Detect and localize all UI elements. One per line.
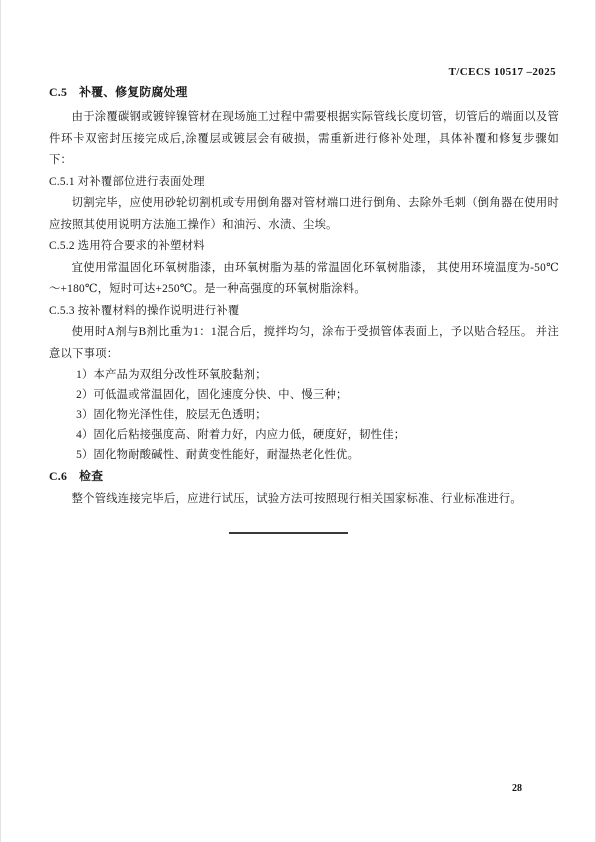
subsection-heading-c52: C.5.2 选用符合要求的补塑材料: [49, 236, 559, 258]
page-content: C.5 补覆、修复防腐处理 由于涂覆碳钢或镀锌镍管材在现场施工过程中需要根据实际…: [49, 85, 559, 511]
paragraph-c51-body: 切割完毕，应使用砂轮切割机或专用倒角器对管材端口进行倒角、去除外毛刺（倒角器在使…: [49, 193, 559, 236]
paragraph-c6-body: 整个管线连接完毕后，应进行试压，试验方法可按照现行相关国家标准、行业标准进行。: [49, 489, 559, 511]
subsection-heading-c51: C.5.1 对补覆部位进行表面处理: [49, 172, 559, 194]
list-item: 2）可低温或常温固化，固化速度分快、中、慢三种；: [76, 385, 559, 405]
list-item: 4）固化后粘接强度高、附着力好，内应力低，硬度好，韧性佳；: [76, 425, 559, 445]
list-item: 3）固化物光泽性佳，胶层无色透明；: [76, 405, 559, 425]
standard-code-header: T/CECS 10517 –2025: [449, 65, 556, 79]
paragraph-c5-intro: 由于涂覆碳钢或镀锌镍管材在现场施工过程中需要根据实际管线长度切管，切管后的端面以…: [49, 107, 559, 172]
subsection-heading-c53: C.5.3 按补覆材料的操作说明进行补覆: [49, 301, 559, 323]
paragraph-c52-body: 宜使用常温固化环氧树脂漆，由环氧树脂为基的常温固化环氧树脂漆， 其使用环境温度为…: [49, 258, 559, 301]
footnote-separator-line: [229, 532, 348, 534]
page-number: 28: [512, 783, 522, 795]
document-page: T/CECS 10517 –2025 C.5 补覆、修复防腐处理 由于涂覆碳钢或…: [0, 0, 596, 842]
list-item: 5）固化物耐酸碱性、耐黄变性能好，耐湿热老化性优。: [76, 445, 559, 465]
section-heading-c5: C.5 补覆、修复防腐处理: [49, 85, 559, 99]
list-item: 1）本产品为双组分改性环氧胶黏剂；: [76, 365, 559, 385]
section-heading-c6: C.6 检查: [49, 469, 559, 483]
paragraph-c53-body: 使用时A剂与B剂比重为1：1混合后，搅拌均匀，涂布于受损管体表面上，予以贴合轻压…: [49, 322, 559, 365]
